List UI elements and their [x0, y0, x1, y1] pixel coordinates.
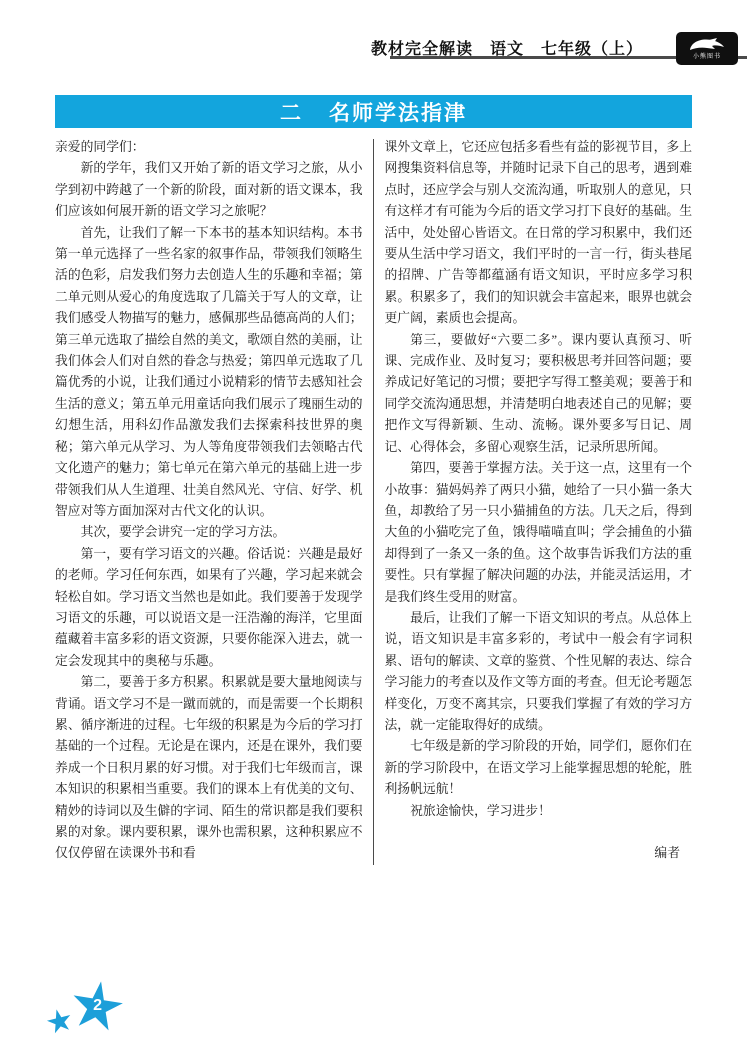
paragraph: 新的学年，我们又开始了新的语文学习之旅，从小学到初中跨越了一个新的阶段，面对新的…: [55, 158, 363, 222]
paragraph: 第三，要做好“六要二多”。课内要认真预习、听课、完成作业、及时复习；要积极思考并…: [385, 330, 693, 458]
paragraph: 首先，让我们了解一下本书的基本知识结构。本书第一单元选择了一些名家的叙事作品，带…: [55, 223, 363, 523]
section-number: 二: [280, 97, 303, 127]
book-page: 教材完全解读 语文 七年级（上） 小熊图书 二 名师学法指津 亲爱的同学们： 新…: [0, 0, 747, 1054]
paragraph: 第二，要善于多方积累。积累就是要大量地阅读与背诵。语文学习不是一蹴而就的，而是需…: [55, 672, 363, 865]
right-column: 课外文章上，它还应包括多看些有益的影视节目，多上网搜集资料信息等，并随时记录下自…: [385, 137, 693, 865]
paragraph: 课外文章上，它还应包括多看些有益的影视节目，多上网搜集资料信息等，并随时记录下自…: [385, 137, 693, 330]
small-star-icon: [44, 1006, 74, 1036]
publisher-logo: 小熊图书: [676, 32, 738, 65]
publisher-logo-label: 小熊图书: [693, 54, 721, 60]
editor-signature: 编者: [385, 843, 693, 864]
column-divider: [373, 139, 374, 865]
section-title-bar: 二 名师学法指津: [55, 95, 692, 128]
publisher-logo-icon: [687, 37, 727, 53]
article-columns: 亲爱的同学们： 新的学年，我们又开始了新的语文学习之旅，从小学到初中跨越了一个新…: [55, 137, 692, 865]
paragraph: 其次，要学会讲究一定的学习方法。: [55, 522, 363, 543]
page-number-star-icon: 2: [67, 977, 126, 1036]
paragraph: 第四，要善于掌握方法。关于这一点，这里有一个小故事：猫妈妈养了两只小猫，她给了一…: [385, 458, 693, 608]
closing-line: 祝旅途愉快，学习进步！: [385, 801, 693, 822]
paragraph: 最后，让我们了解一下语文知识的考点。从总体上说，语文知识是丰富多彩的，考试中一般…: [385, 608, 693, 736]
salutation: 亲爱的同学们：: [55, 137, 363, 158]
section-title: 名师学法指津: [329, 97, 467, 127]
left-column: 亲爱的同学们： 新的学年，我们又开始了新的语文学习之旅，从小学到初中跨越了一个新…: [55, 137, 363, 865]
paragraph: 七年级是新的学习阶段的开始，同学们，愿你们在新的学习阶段中，在语文学习上能掌握思…: [385, 736, 693, 800]
paragraph: 第一，要有学习语文的兴趣。俗话说：兴趣是最好的老师。学习任何东西，如果有了兴趣，…: [55, 544, 363, 672]
page-number: 2: [93, 997, 102, 1015]
